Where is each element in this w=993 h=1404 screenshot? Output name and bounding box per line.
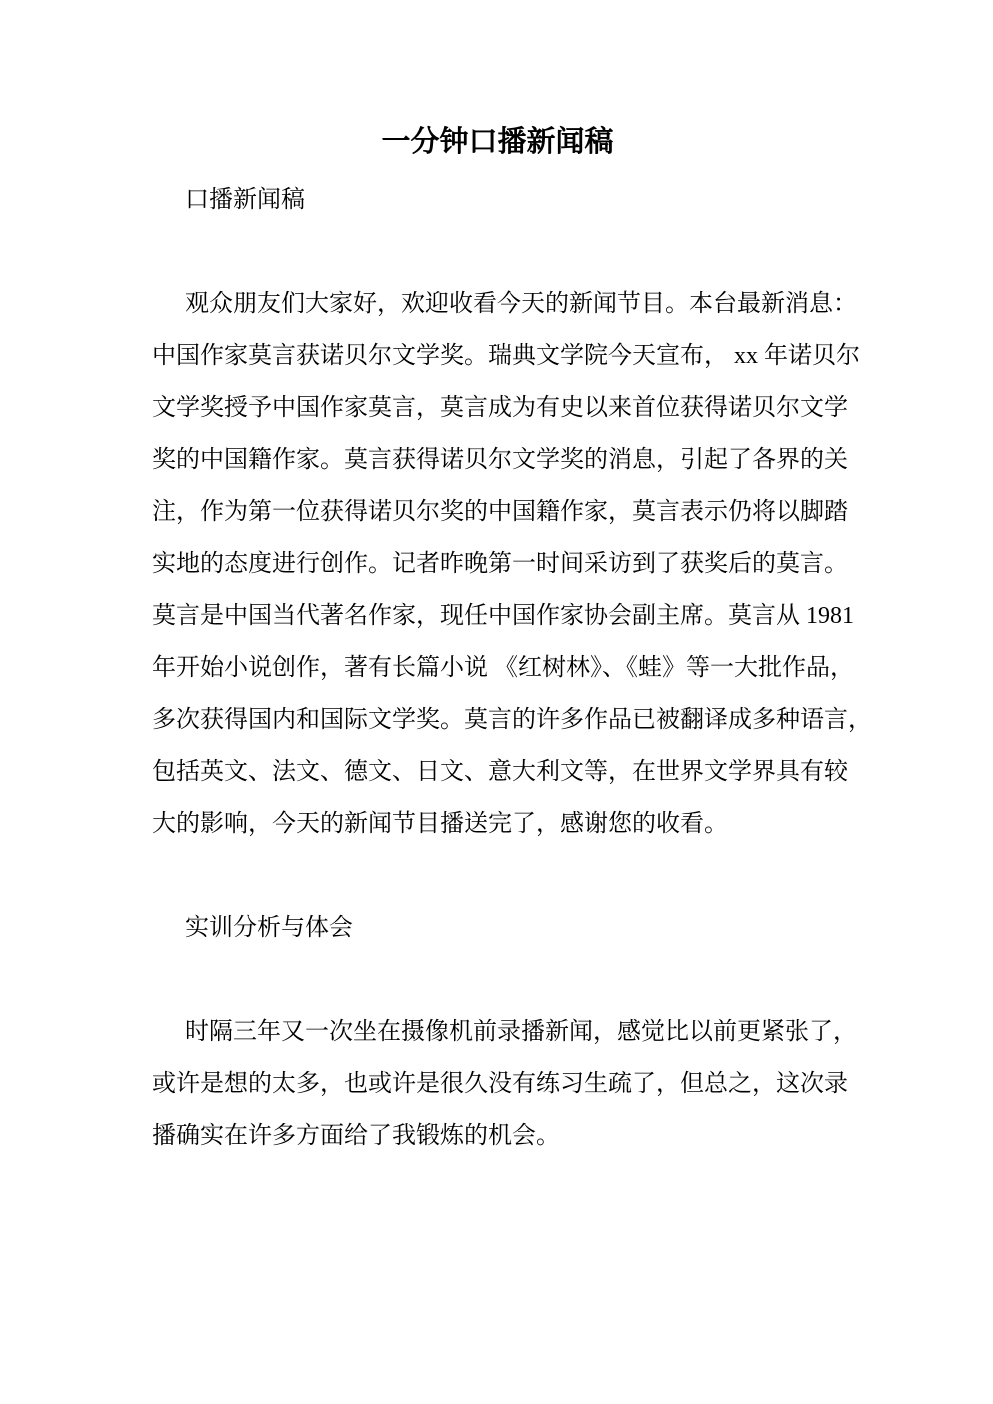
subheading-broadcast-script: 口播新闻稿 xyxy=(152,174,912,226)
document-title: 一分钟口播新闻稿 xyxy=(152,0,843,162)
document-page: 一分钟口播新闻稿 口播新闻稿 观众朋友们大家好，欢迎收看今天的新闻节目。本台最新… xyxy=(0,0,993,1404)
paragraph-reflection: 时隔三年又一次坐在摄像机前录播新闻，感觉比以前更紧张了， 或许是想的太多，也或许… xyxy=(152,1006,912,1162)
section-heading-analysis: 实训分析与体会 xyxy=(152,902,912,954)
paragraph-news-script: 观众朋友们大家好，欢迎收看今天的新闻节目。本台最新消息： 中国作家莫言获诺贝尔文… xyxy=(152,278,912,850)
document-body: 一分钟口播新闻稿 口播新闻稿 观众朋友们大家好，欢迎收看今天的新闻节目。本台最新… xyxy=(152,0,912,1162)
